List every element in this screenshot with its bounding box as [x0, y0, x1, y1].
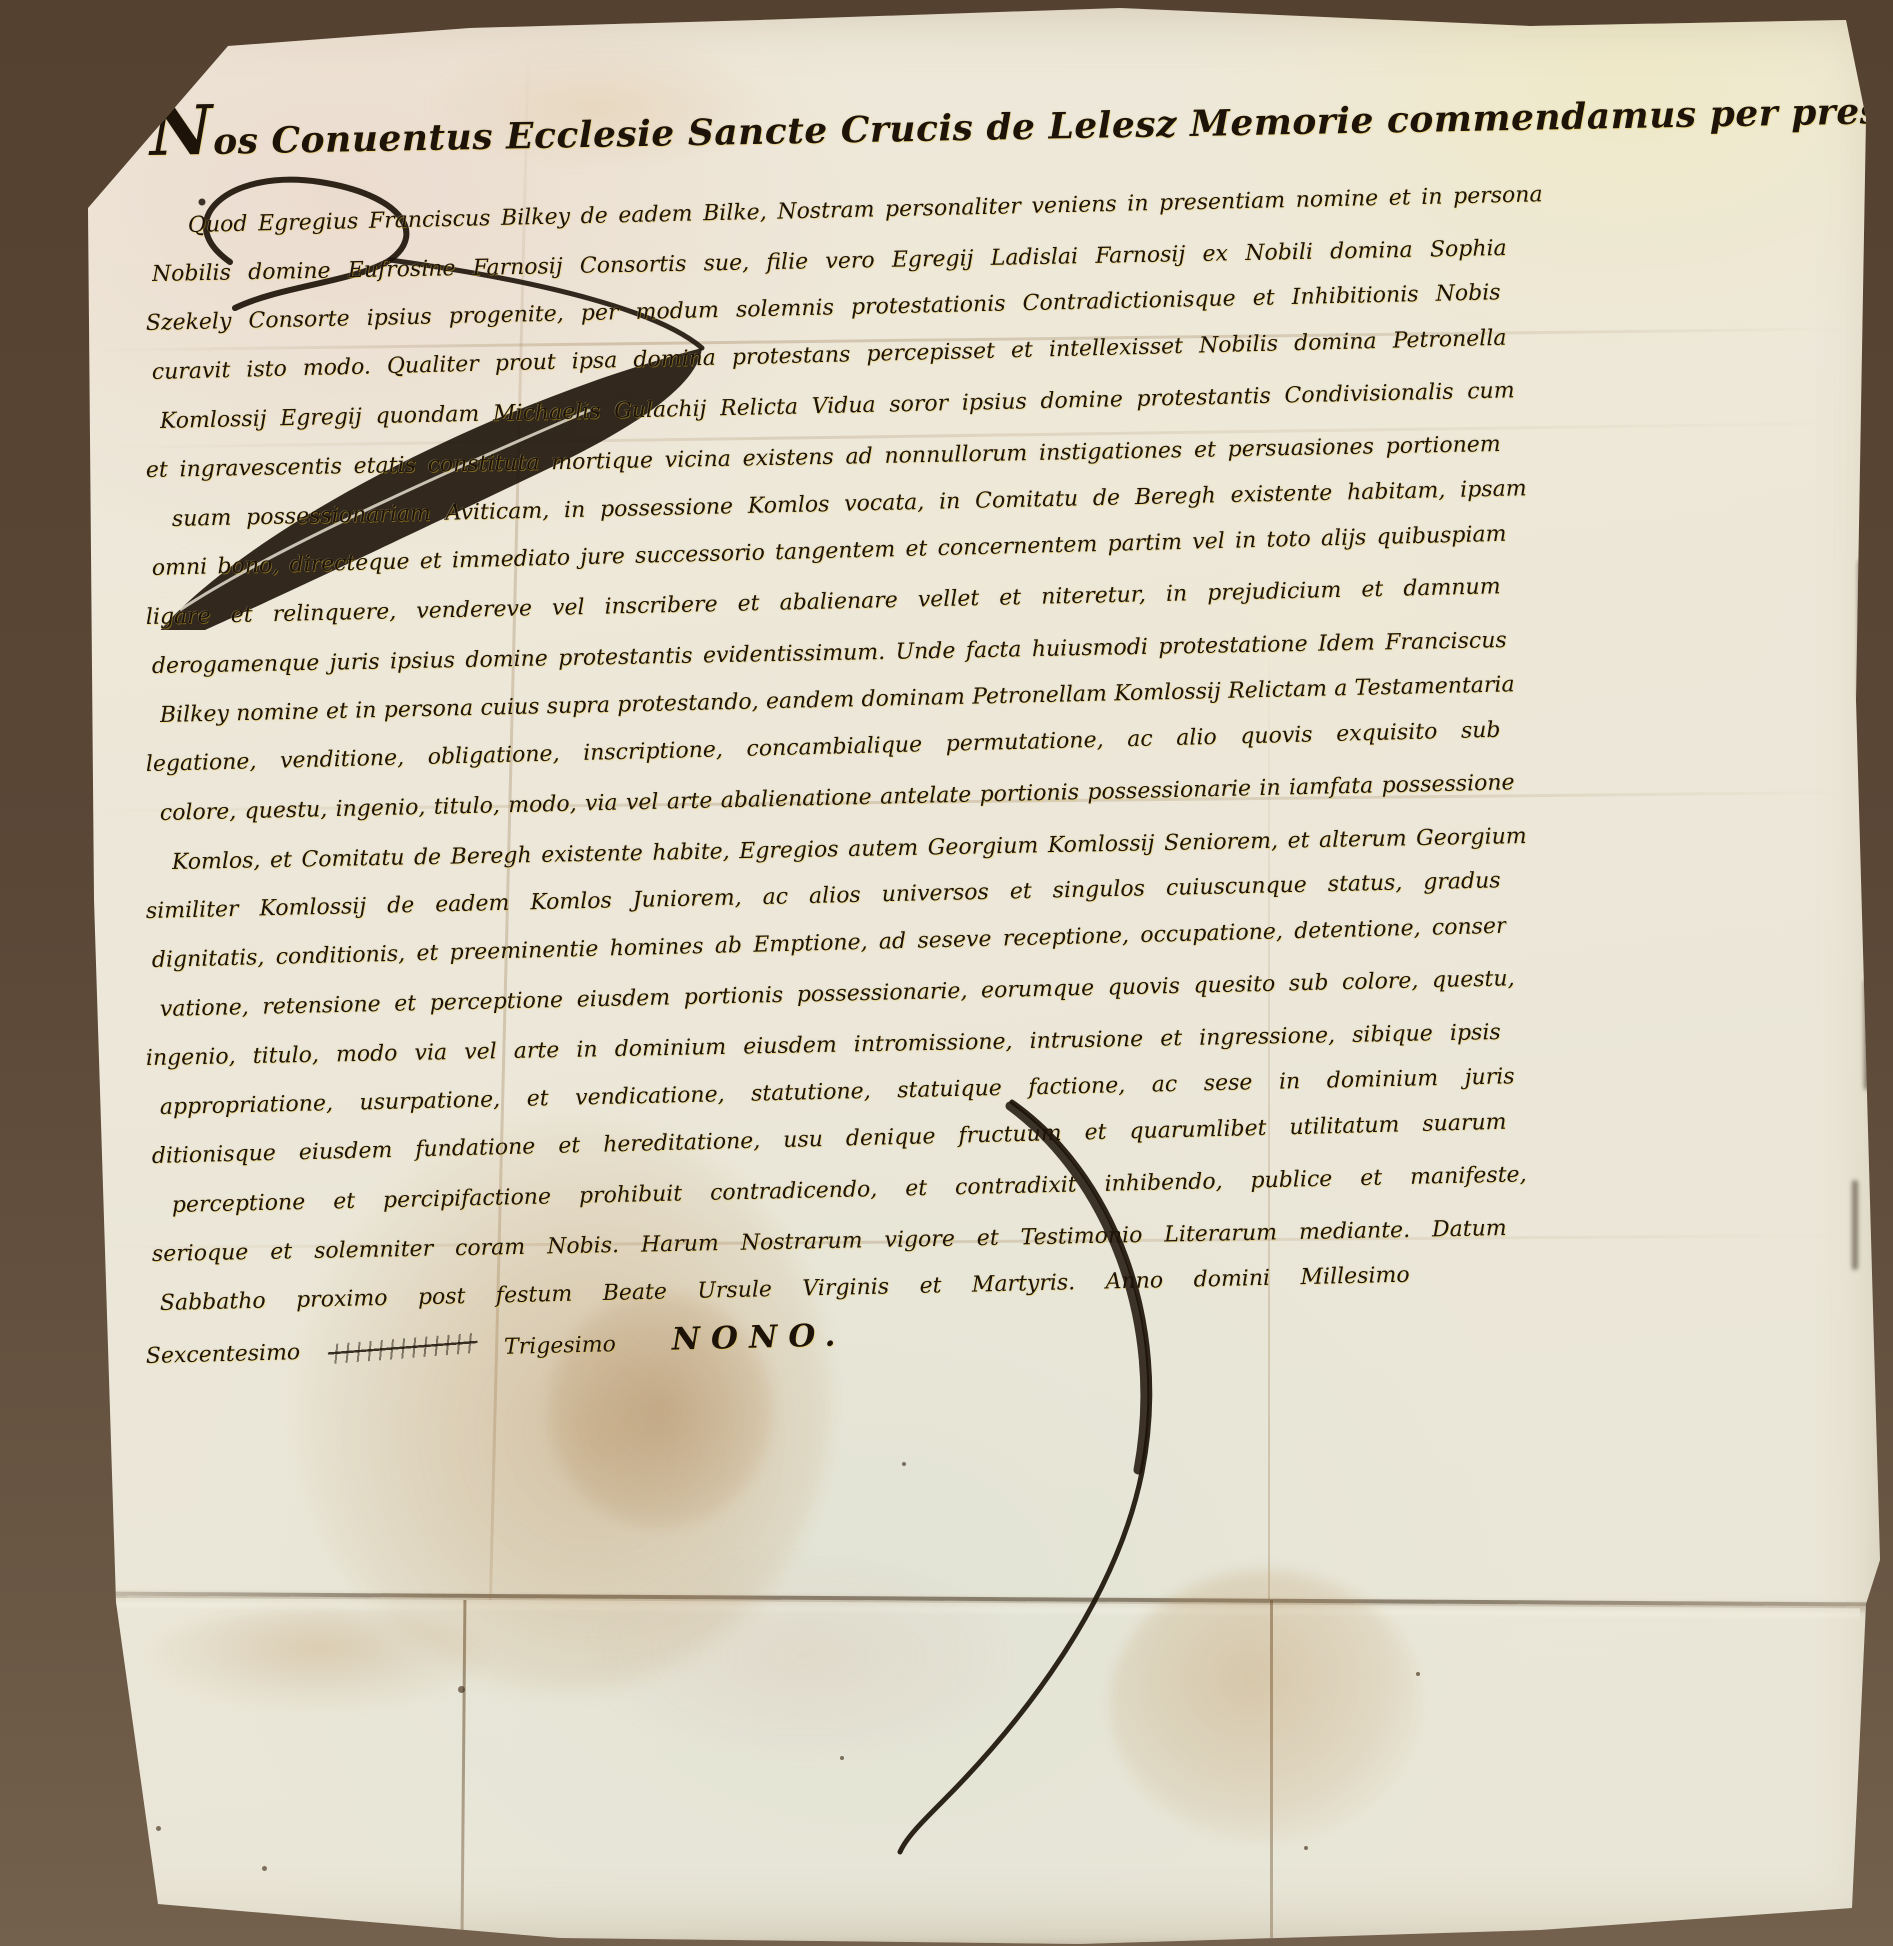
ink-speck	[1304, 1846, 1308, 1850]
ink-speck	[206, 40, 212, 45]
ink-speck	[156, 1826, 161, 1831]
dating-mid: Trigesimo	[504, 1332, 616, 1360]
edge-tear-streak	[1852, 1180, 1858, 1270]
ink-speck	[458, 1686, 465, 1693]
photograph-background: Nos Conuentus Ecclesie Sancte Crucis de …	[0, 0, 1893, 1946]
edge-tear-streak	[1858, 560, 1864, 700]
charter-body: Quod Egregius Franciscus Bilkey de eadem…	[152, 206, 1507, 1389]
dating-prefix: Sexcentesimo	[146, 1340, 301, 1369]
fold-crease-vertical-right-lower	[1270, 1600, 1273, 1940]
ink-speck	[1416, 1672, 1420, 1676]
stain-pink-smudge	[590, 1550, 1020, 1760]
stain-bottom-flap	[150, 1608, 490, 1708]
ink-speck	[840, 1756, 844, 1760]
water-stain-right	[1110, 1570, 1420, 1840]
fold-crease-vertical-left-lower	[461, 1600, 467, 1930]
ink-speck	[262, 1866, 267, 1871]
parchment: Nos Conuentus Ecclesie Sancte Crucis de …	[0, 0, 1893, 1946]
struck-word	[328, 1333, 479, 1365]
year-word-nono: NONO.	[671, 1317, 847, 1357]
main-fold-line	[100, 1592, 1870, 1607]
charter-heading: Nos Conuentus Ecclesie Sancte Crucis de …	[150, 85, 1651, 164]
main-fold-highlight	[100, 1598, 1860, 1621]
ink-speck	[902, 1462, 906, 1466]
edge-tear-streak	[1864, 980, 1870, 1090]
